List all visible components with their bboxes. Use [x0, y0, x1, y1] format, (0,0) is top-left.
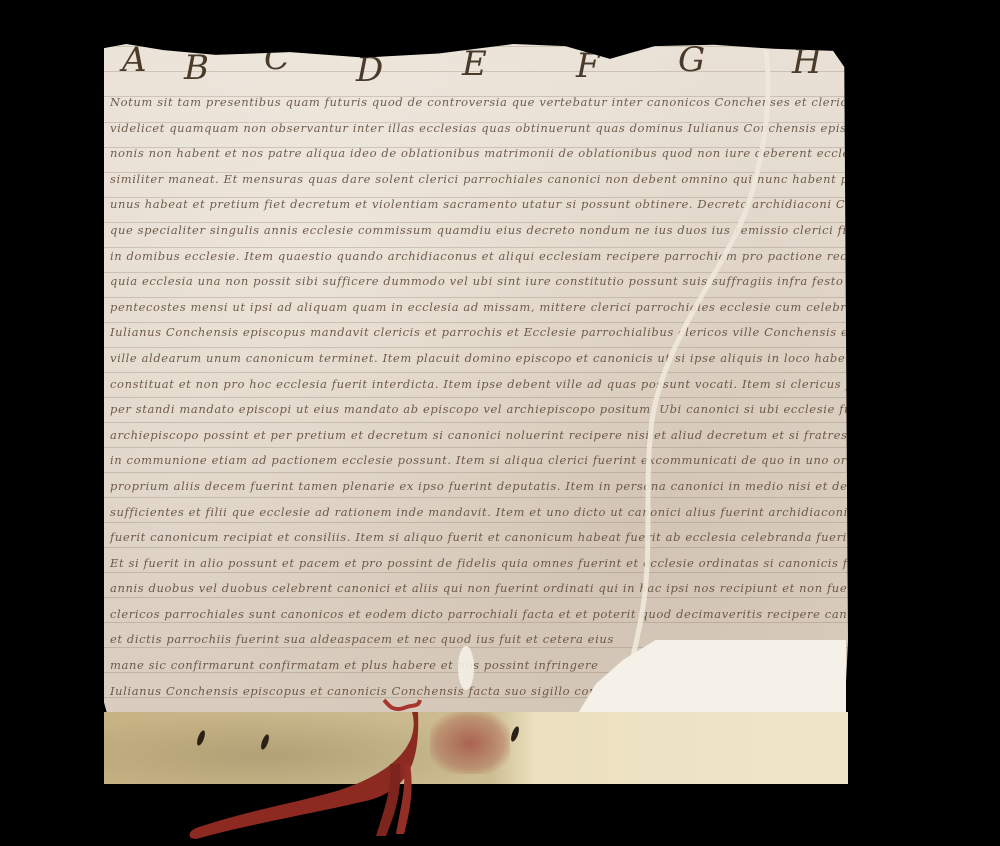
text-line: pentecostes mensi ut ipsi ad aliquam qua…	[104, 295, 848, 321]
manuscript-text: Notum sit tam presentibus quam futuris q…	[104, 90, 848, 704]
chirograph-letter: C	[264, 38, 290, 78]
text-line: fuerit canonicum recipiat et consiliis. …	[104, 525, 848, 551]
chirograph-letter: G	[678, 40, 705, 80]
chirograph-letter: F	[576, 46, 600, 86]
text-line: quia ecclesia una non possit sibi suffic…	[104, 269, 848, 295]
text-line: per standi mandato episcopi ut eius mand…	[104, 397, 848, 423]
chirograph-letter: A	[122, 40, 147, 80]
text-line: archiepiscopo possint et per pretium et …	[104, 423, 848, 449]
chirograph-letter: E	[462, 44, 487, 84]
text-line: annis duobus vel duobus celebrent canoni…	[104, 576, 848, 602]
text-line: Et si fuerit in alio possunt et pacem et…	[104, 551, 848, 577]
text-line: proprium aliis decem fuerint tamen plena…	[104, 474, 848, 500]
text-line: similiter maneat. Et mensuras quas dare …	[104, 167, 848, 193]
text-line: Iulianus Conchensis episcopus mandavit c…	[104, 320, 848, 346]
text-line: in domibus ecclesie. Item quaestio quand…	[104, 244, 848, 270]
text-line: ville aldearum unum canonicum terminet. …	[104, 346, 848, 372]
chirograph-letter: B	[184, 48, 209, 88]
chirograph-letters: A B C D E F G H	[104, 44, 848, 84]
text-line: nonis non habent et nos patre aliqua ide…	[104, 141, 848, 167]
chirograph-letter: H	[792, 42, 822, 82]
text-line: videlicet quamquam non observantur inter…	[104, 116, 848, 142]
text-line: in communione etiam ad pactionem ecclesi…	[104, 448, 848, 474]
text-line: Notum sit tam presentibus quam futuris q…	[104, 90, 848, 116]
text-line: constituat et non pro hoc ecclesia fueri…	[104, 372, 848, 398]
text-line: unus habeat et pretium fiet decretum et …	[104, 192, 848, 218]
text-line: que specialiter singulis annis ecclesie …	[104, 218, 848, 244]
chirograph-letter: D	[356, 50, 383, 90]
text-line: clericos parrochiales sunt canonicos et …	[104, 602, 848, 628]
text-line: sufficientes et filii que ecclesie ad ra…	[104, 500, 848, 526]
photograph: A B C D E F G H Notum sit tam presentibu…	[0, 0, 1000, 846]
parchment-charter: A B C D E F G H Notum sit tam presentibu…	[104, 40, 848, 716]
seal-residue	[430, 712, 510, 774]
